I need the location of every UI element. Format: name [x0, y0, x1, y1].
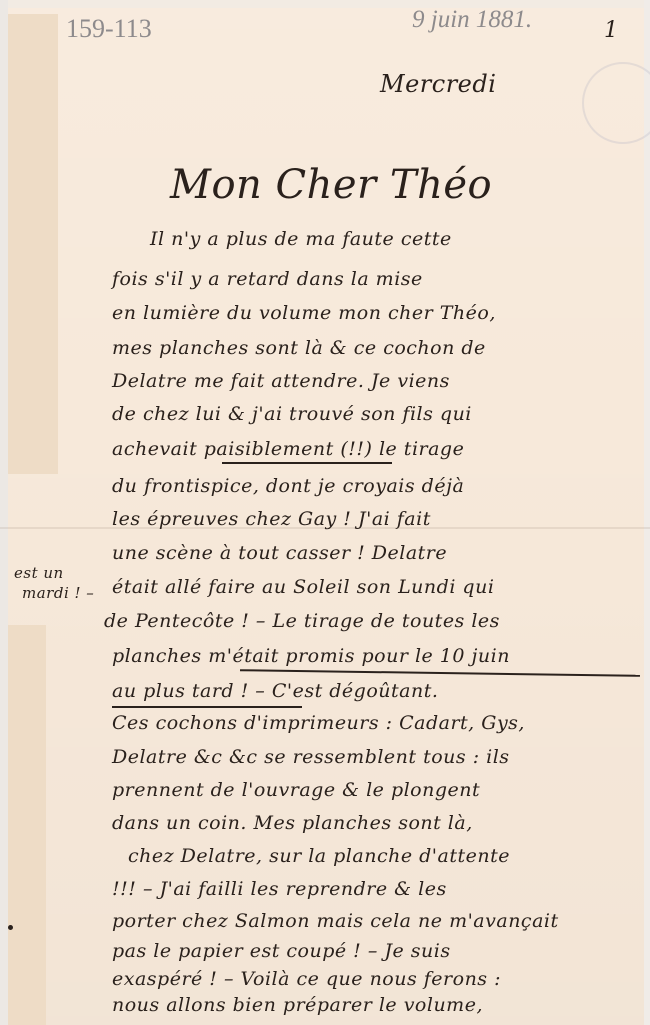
body-line: prennent de l'ouvrage & le plongent: [112, 779, 480, 801]
margin-paper-strip-top: [8, 14, 58, 474]
body-line: exaspéré ! – Voilà ce que nous ferons :: [112, 968, 501, 990]
underline-promised-date: [240, 669, 640, 676]
salutation: Mon Cher Théo: [170, 162, 492, 208]
faded-archive-stamp-icon: [582, 62, 650, 144]
day-heading: Mercredi: [380, 70, 496, 98]
margin-paper-strip-bottom: [8, 625, 46, 1025]
page-number: 1: [604, 18, 619, 43]
body-line: pas le papier est coupé ! – Je suis: [112, 940, 451, 962]
body-line: mes planches sont là & ce cochon de: [112, 337, 486, 359]
body-line: au plus tard ! – C'est dégoûtant.: [112, 680, 438, 702]
body-line: Delatre me fait attendre. Je viens: [112, 370, 450, 392]
margin-note-line-2: mardi ! –: [22, 584, 94, 602]
paper-top-edge: [0, 0, 650, 8]
body-line: une scène à tout casser ! Delatre: [112, 542, 447, 564]
body-line: était allé faire au Soleil son Lundi qui: [112, 576, 494, 598]
body-line: chez Delatre, sur la planche d'attente: [128, 845, 510, 867]
body-line: de Pentecôte ! – Le tirage de toutes les: [104, 610, 500, 632]
body-line: dans un coin. Mes planches sont là,: [112, 812, 473, 834]
letter-page: 159-113 9 juin 1881. 1 Mercredi Mon Cher…: [0, 0, 650, 1025]
body-line: Delatre &c &c se ressemblent tous : ils: [112, 746, 510, 768]
body-line: achevait paisiblement (!!) le tirage: [112, 438, 464, 460]
body-line: du frontispice, dont je croyais déjà: [112, 475, 464, 497]
body-line: !!! – J'ai failli les reprendre & les: [112, 878, 447, 900]
body-line: fois s'il y a retard dans la mise: [112, 268, 423, 290]
body-line: Ces cochons d'imprimeurs : Cadart, Gys,: [112, 712, 525, 734]
margin-note-line-1: est un: [14, 564, 64, 582]
underline-au-plus-tard: [112, 706, 302, 708]
letter-date: 9 juin 1881.: [412, 6, 532, 34]
body-line: en lumière du volume mon cher Théo,: [112, 302, 496, 324]
body-line: planches m'était promis pour le 10 juin: [112, 645, 510, 667]
ink-dot: [8, 925, 13, 930]
body-line: Il n'y a plus de ma faute cette: [150, 228, 452, 250]
archive-reference: 159-113: [66, 14, 152, 44]
body-line: de chez lui & j'ai trouvé son fils qui: [112, 403, 472, 425]
body-line: les épreuves chez Gay ! J'ai fait: [112, 508, 431, 530]
body-line: porter chez Salmon mais cela ne m'avança…: [112, 910, 559, 932]
scan-left-edge: [0, 0, 8, 1025]
underline-paisiblement: [222, 462, 392, 464]
body-line: nous allons bien préparer le volume,: [112, 994, 483, 1016]
scan-right-edge: [644, 0, 650, 1025]
